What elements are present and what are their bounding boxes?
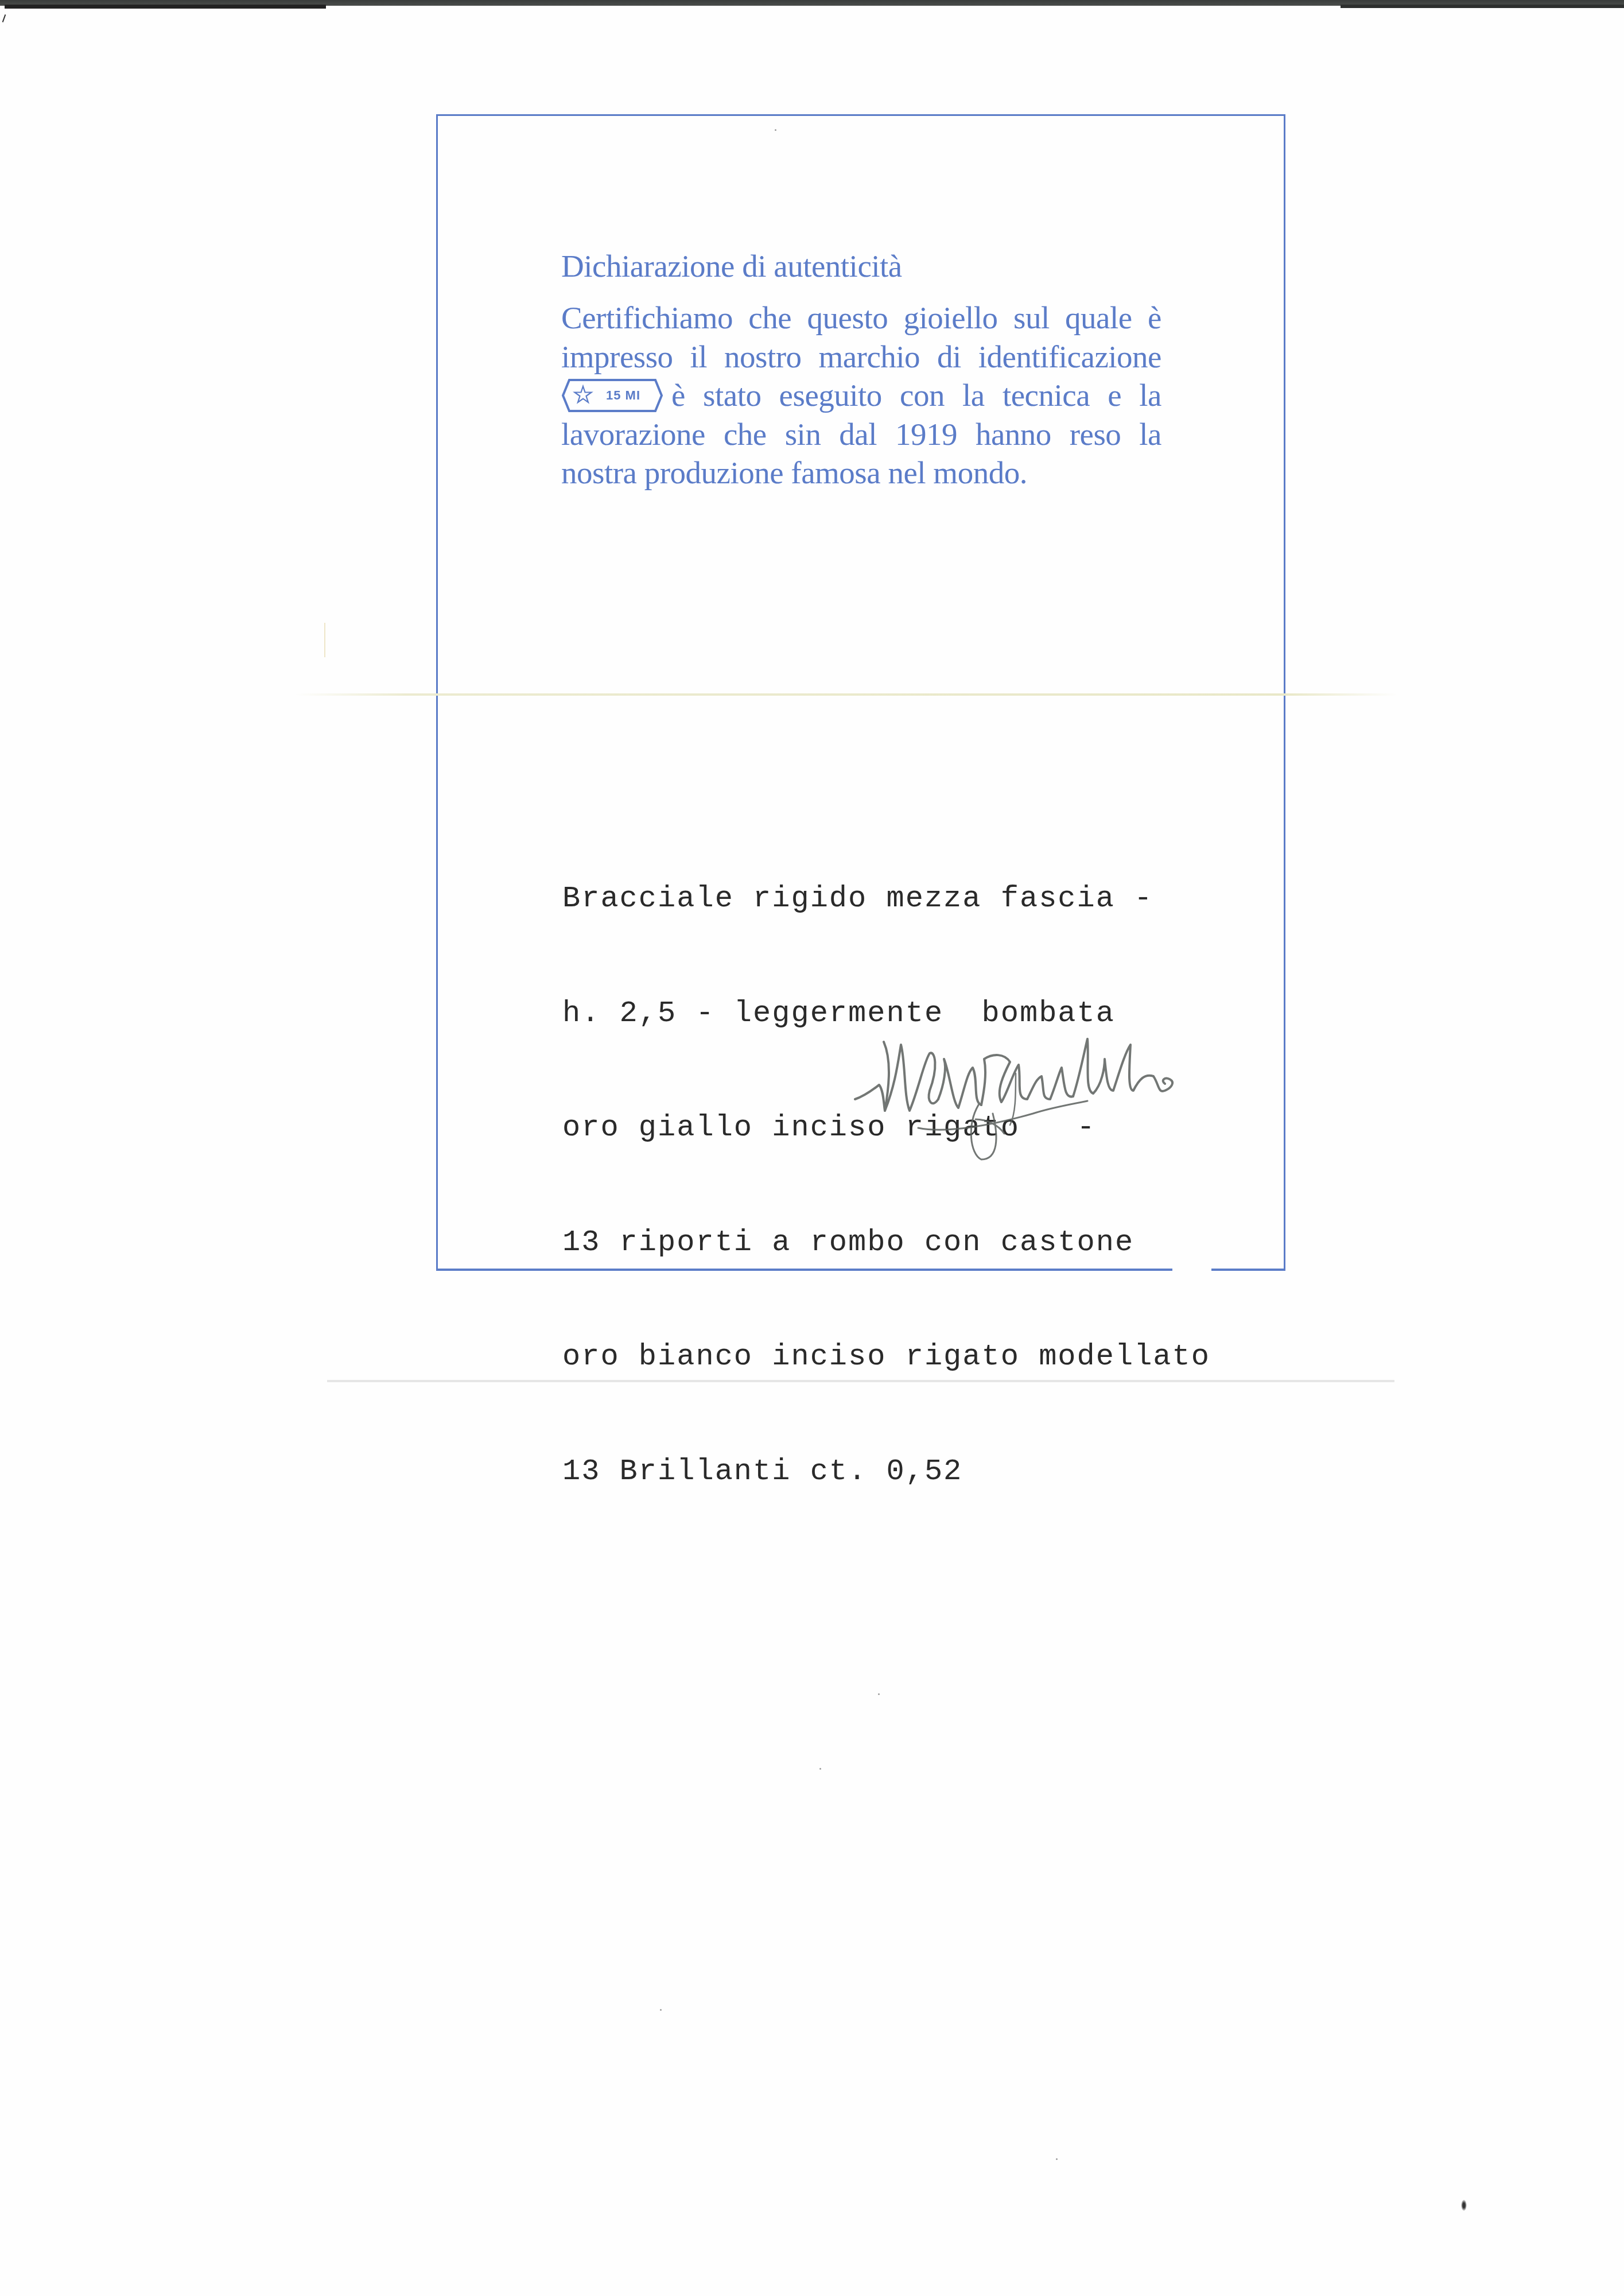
scan-dot [775, 129, 776, 131]
certificate-title: Dichiarazione di autenticità [561, 247, 1161, 285]
body-line: lavorazione che sin dal 1919 hanno reso … [561, 415, 1161, 454]
typed-line: 13 Brillanti ct. 0,52 [562, 1453, 1210, 1491]
body-line: nostra produzione famosa nel mondo. [561, 453, 1161, 492]
fold-line [296, 693, 1397, 696]
frame-bottom-edge-right [1211, 1269, 1285, 1271]
scan-speck [1461, 2200, 1467, 2211]
typed-line: oro bianco inciso rigato modellato [562, 1338, 1210, 1376]
body-line-text: è stato eseguito con la tecnica e la [671, 376, 1161, 415]
handwritten-signature [844, 1027, 1234, 1165]
body-line: Certifichiamo che questo gioiello sul qu… [561, 298, 1161, 338]
margin-mark [324, 623, 325, 657]
corner-pencil-mark [2, 14, 6, 22]
scan-dot [1056, 2158, 1058, 2160]
typed-description: Bracciale rigido mezza fascia - h. 2,5 -… [562, 804, 1210, 1529]
scan-dot [660, 2009, 662, 2011]
identification-mark-stamp: 15 MI [561, 378, 663, 413]
body-line: impresso il nostro marchio di identifica… [561, 338, 1161, 377]
scan-edge-shadow [5, 5, 326, 9]
typed-line: Bracciale rigido mezza fascia - [562, 880, 1210, 918]
stamp-label: 15 MI [606, 376, 640, 415]
scan-edge-shadow-right [1341, 5, 1624, 8]
scan-dot [878, 1693, 880, 1695]
scan-dot [819, 1768, 821, 1770]
certificate-body: Certifichiamo che questo gioiello sul qu… [561, 298, 1161, 492]
typed-line: 13 riporti a rombo con castone [562, 1224, 1210, 1262]
star-icon [575, 386, 592, 402]
body-line-with-stamp: 15 MI è stato eseguito con la tecnica e … [561, 376, 1161, 415]
